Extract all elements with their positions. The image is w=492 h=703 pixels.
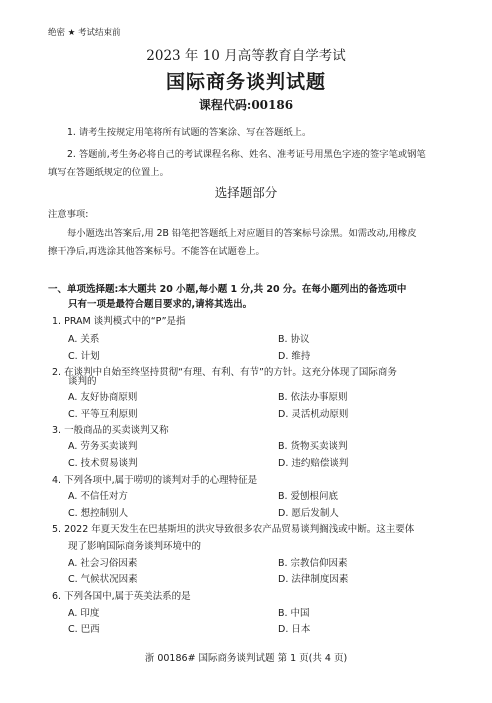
- question-6-option-b: B. 中国: [278, 605, 310, 619]
- question-1-option-d: D. 维持: [278, 348, 310, 362]
- exam-title: 2023 年 10 月高等教育自学考试: [0, 44, 492, 64]
- question-1-option-b: B. 协议: [278, 331, 310, 345]
- question-1-option-c: C. 计划: [68, 348, 100, 362]
- section-title: 选择题部分: [0, 183, 492, 201]
- question-2-option-d: D. 灵活机动原则: [278, 406, 348, 420]
- question-5-stem: 5. 2022 年夏天发生在巴基斯坦的洪灾导致很多农产品贸易谈判搁浅或中断。这主…: [52, 521, 414, 535]
- question-5-option-c: C. 气候状况因素: [68, 571, 138, 585]
- question-6-option-a: A. 印度: [68, 605, 99, 619]
- instruction-2-line-2: 填写在答题纸规定的位置上。: [48, 164, 169, 178]
- question-5-stem-line-2: 现了影响国际商务谈判环境中的: [68, 538, 201, 552]
- page-title: 国际商务谈判试题: [0, 67, 492, 94]
- question-2-option-c: C. 平等互利原则: [68, 406, 138, 420]
- part-one-heading-line-2: 只有一项是最符合题目要求的,请将其选出。: [68, 296, 252, 310]
- question-3-option-b: B. 货物买卖谈判: [278, 438, 348, 452]
- question-4-stem: 4. 下列各项中,属于唠叨的谈判对手的心理特征是: [52, 472, 257, 486]
- question-2-option-b: B. 依法办事原则: [278, 389, 348, 403]
- question-1-stem: 1. PRAM 谈判模式中的“P”是指: [52, 313, 186, 327]
- notice-line-2: 擦干净后,再选涂其他答案标号。不能答在试题卷上。: [48, 243, 265, 257]
- instruction-1: 1. 请考生按规定用笔将所有试题的答案涂、写在答题纸上。: [67, 124, 311, 138]
- course-code: 课程代码:00186: [0, 96, 492, 113]
- question-1-option-a: A. 关系: [68, 331, 99, 345]
- notice-line-1: 每小题选出答案后,用 2B 铅笔把答题纸上对应题目的答案标号涂黑。如需改动,用橡…: [67, 225, 417, 239]
- question-4-option-d: D. 愿后发制人: [278, 505, 339, 519]
- question-6-stem: 6. 下列各国中,属于英美法系的是: [52, 588, 191, 602]
- instruction-2-line-1: 2. 答题前,考生务必将自己的考试课程名称、姓名、准考证号用黑色字迹的签字笔或钢…: [67, 146, 426, 160]
- question-3-option-d: D. 违约赔偿谈判: [278, 455, 348, 469]
- question-5-option-d: D. 法律制度因素: [278, 571, 348, 585]
- question-3-option-c: C. 技术贸易谈判: [68, 455, 138, 469]
- notice-label: 注意事项:: [48, 206, 88, 220]
- question-5-option-a: A. 社会习俗因素: [68, 555, 137, 569]
- question-4-option-a: A. 不信任对方: [68, 488, 128, 502]
- question-3-option-a: A. 劳务买卖谈判: [68, 438, 137, 452]
- question-6-option-c: C. 巴西: [68, 621, 100, 635]
- question-4-option-b: B. 爱刨根问底: [278, 488, 338, 502]
- confidentiality-mark: 绝密 ★ 考试结束前: [48, 26, 121, 38]
- question-2-stem-line-2: 谈判的: [68, 373, 97, 387]
- part-one-heading-line-1: 一、单项选择题:本大题共 20 小题,每小题 1 分,共 20 分。在每小题列出…: [48, 281, 406, 295]
- question-4-option-c: C. 想控制别人: [68, 505, 128, 519]
- question-2-option-a: A. 友好协商原则: [68, 389, 137, 403]
- question-2-stem: 2. 在谈判中自始至终坚持贯彻“有理、有利、有节”的方针。这充分体现了国际商务: [52, 364, 397, 378]
- page-footer: 浙 00186# 国际商务谈判试题 第 1 页(共 4 页): [0, 650, 492, 664]
- question-3-stem: 3. 一般商品的买卖谈判又称: [52, 422, 169, 436]
- question-5-option-b: B. 宗教信仰因素: [278, 555, 348, 569]
- question-6-option-d: D. 日本: [278, 621, 310, 635]
